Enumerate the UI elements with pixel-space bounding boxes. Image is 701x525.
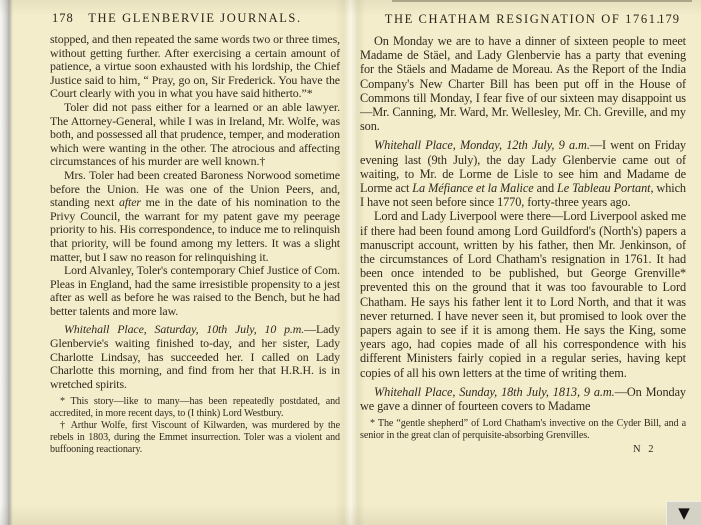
paragraph: * This story—like to many—has been repea… — [50, 396, 340, 420]
right-page-number: 179 — [658, 12, 680, 27]
right-page-header: THE CHATHAM RESIGNATION OF 1761. 179 — [360, 12, 686, 27]
paragraph: Whitehall Place, Monday, 12th July, 9 a.… — [360, 138, 686, 209]
page-stack-edge — [0, 0, 13, 525]
paragraph: Whitehall Place, Sunday, 18th July, 1813… — [360, 385, 686, 413]
paragraph: Lord Alvanley, Toler's contemporary Chie… — [50, 264, 340, 318]
paragraph: * The “gentle shepherd” of Lord Chatham'… — [360, 418, 686, 442]
paragraph: † Arthur Wolfe, first Viscount of Kilwar… — [50, 420, 340, 456]
right-page: THE CHATHAM RESIGNATION OF 1761. 179 On … — [350, 0, 701, 525]
right-page-footnotes: * The “gentle shepherd” of Lord Chatham'… — [360, 418, 686, 442]
book-scan-viewer: 178 THE GLENBERVIE JOURNALS. stopped, an… — [0, 0, 701, 525]
left-page-header: 178 THE GLENBERVIE JOURNALS. — [50, 11, 340, 26]
paragraph: Lord and Lady Liverpool were there—Lord … — [360, 209, 686, 379]
left-page: 178 THE GLENBERVIE JOURNALS. stopped, an… — [13, 0, 350, 525]
paragraph: On Monday we are to have a dinner of six… — [360, 34, 686, 133]
down-arrow-icon: ▼ — [678, 506, 690, 521]
left-page-number: 178 — [52, 11, 74, 26]
left-page-footnotes: * This story—like to many—has been repea… — [50, 396, 340, 456]
left-running-title: THE GLENBERVIE JOURNALS. — [88, 11, 301, 25]
scroll-down-button[interactable]: ▼ — [666, 501, 701, 525]
left-page-body: stopped, and then repeated the same word… — [50, 33, 340, 391]
signature-mark: N 2 — [360, 444, 686, 455]
paragraph: Toler did not pass either for a learned … — [50, 101, 340, 169]
paragraph: stopped, and then repeated the same word… — [50, 33, 340, 101]
right-running-title: THE CHATHAM RESIGNATION OF 1761. — [385, 12, 662, 26]
paragraph: Whitehall Place, Saturday, 10th July, 10… — [50, 323, 340, 391]
right-page-body: On Monday we are to have a dinner of six… — [360, 34, 686, 413]
paragraph: Mrs. Toler had been created Baroness Nor… — [50, 169, 340, 264]
